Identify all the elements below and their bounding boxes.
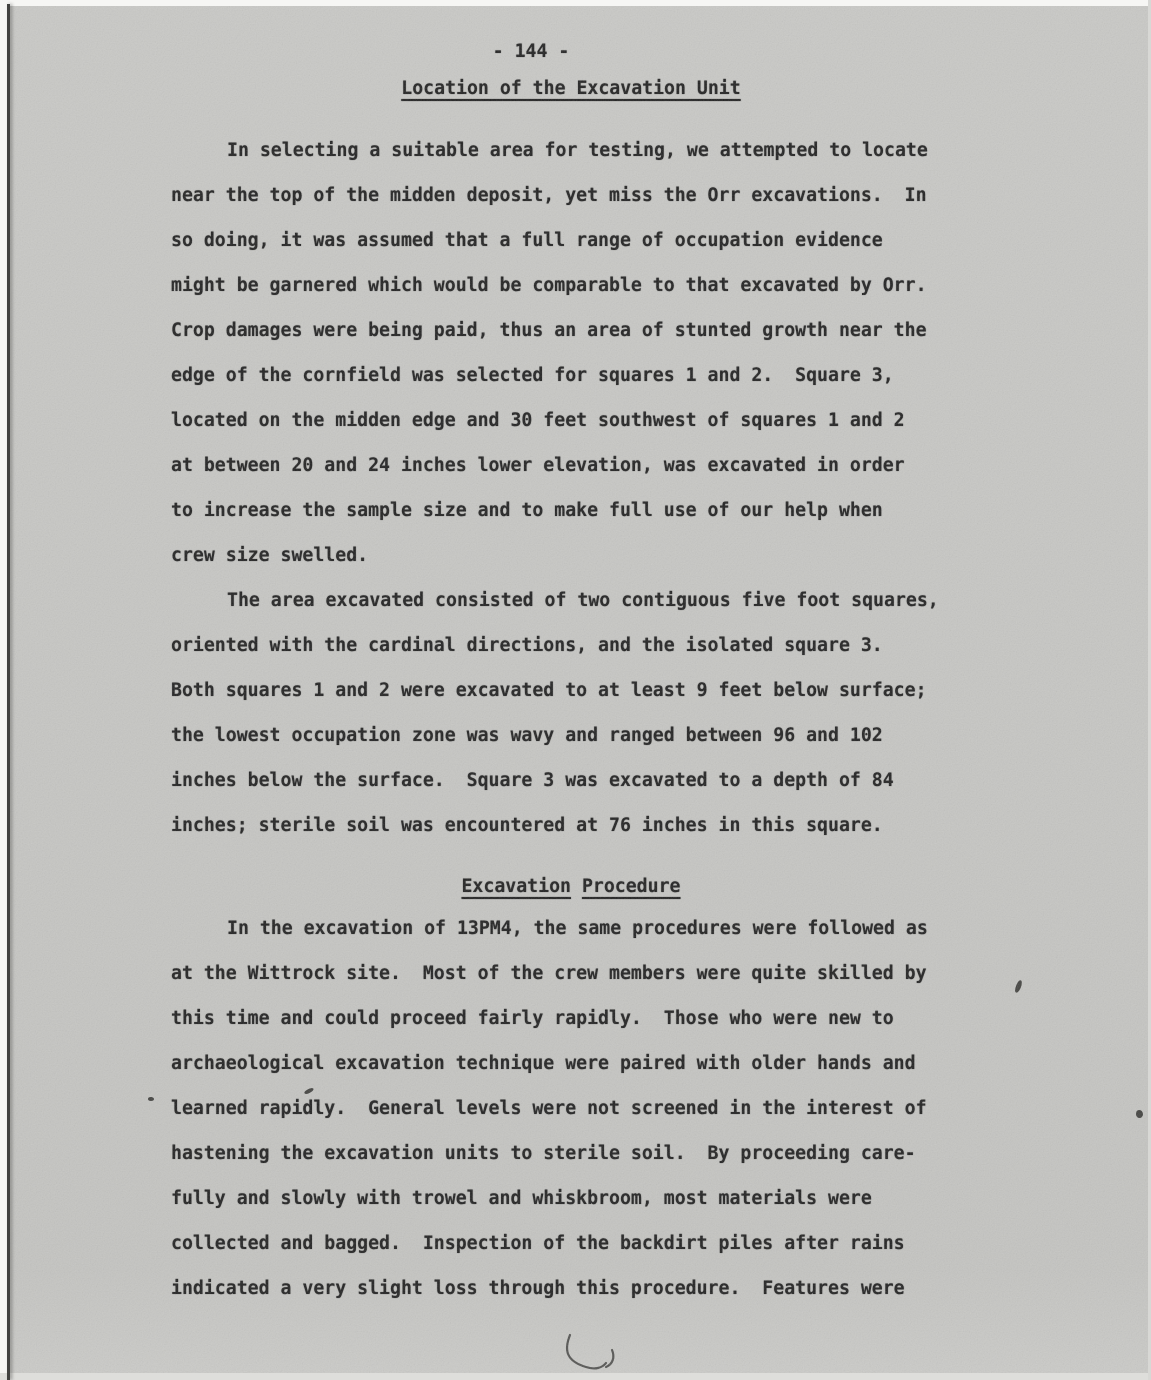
text-line: crew size swelled. xyxy=(171,533,971,578)
text-line: In selecting a suitable area for testing… xyxy=(171,128,971,173)
section-heading: Excavation Procedure xyxy=(171,874,971,900)
section-heading: Location of the Excavation Unit xyxy=(171,76,971,102)
scan-edge-bottom xyxy=(0,1373,1151,1380)
text-line: learned rapidly. General levels were not… xyxy=(171,1086,971,1131)
text-line: so doing, it was assumed that a full ran… xyxy=(171,218,971,263)
scanned-document-page: - 144 - Location of the Excavation Unit … xyxy=(0,0,1151,1380)
text-line: edge of the cornfield was selected for s… xyxy=(171,353,971,398)
page-content: - 144 - Location of the Excavation Unit … xyxy=(0,40,971,1311)
text-line: indicated a very slight loss through thi… xyxy=(171,1266,971,1311)
text-line: at between 20 and 24 inches lower elevat… xyxy=(171,443,971,488)
text-line: oriented with the cardinal directions, a… xyxy=(171,623,971,668)
text-line: archaeological excavation technique were… xyxy=(171,1041,971,1086)
pen-mark-squiggle xyxy=(540,1330,640,1375)
scan-edge-top xyxy=(0,0,1151,6)
text-line: might be garnered which would be compara… xyxy=(171,263,971,308)
text-line: at the Wittrock site. Most of the crew m… xyxy=(171,951,971,996)
text-line: hastening the excavation units to steril… xyxy=(171,1131,971,1176)
text-line: collected and bagged. Inspection of the … xyxy=(171,1221,971,1266)
paragraph: In the excavation of 13PM4, the same pro… xyxy=(171,906,971,1311)
text-line: In the excavation of 13PM4, the same pro… xyxy=(171,906,971,951)
text-line: to increase the sample size and to make … xyxy=(171,488,971,533)
text-line: fully and slowly with trowel and whiskbr… xyxy=(171,1176,971,1221)
text-line: inches; sterile soil was encountered at … xyxy=(171,803,971,848)
text-line: near the top of the midden deposit, yet … xyxy=(171,173,971,218)
paragraph: In selecting a suitable area for testing… xyxy=(171,128,971,578)
page-number: - 144 - xyxy=(131,40,931,64)
heading-word: Excavation xyxy=(461,876,571,897)
page-binding-edge-line xyxy=(7,4,10,1380)
text-line: this time and could proceed fairly rapid… xyxy=(171,996,971,1041)
ink-speck xyxy=(1014,980,1024,994)
text-line: Crop damages were being paid, thus an ar… xyxy=(171,308,971,353)
text-line: the lowest occupation zone was wavy and … xyxy=(171,713,971,758)
scan-edge-left xyxy=(0,0,7,1380)
paragraph: The area excavated consisted of two cont… xyxy=(171,578,971,848)
text-line: Both squares 1 and 2 were excavated to a… xyxy=(171,668,971,713)
text-line: located on the midden edge and 30 feet s… xyxy=(171,398,971,443)
text-line: inches below the surface. Square 3 was e… xyxy=(171,758,971,803)
text-line: The area excavated consisted of two cont… xyxy=(171,578,971,623)
ink-speck xyxy=(1136,1110,1143,1118)
section-excavation-procedure: Excavation Procedure In the excavation o… xyxy=(171,874,971,1311)
heading-word: Procedure xyxy=(582,876,681,897)
section-location-of-excavation-unit: Location of the Excavation Unit In selec… xyxy=(171,76,971,848)
